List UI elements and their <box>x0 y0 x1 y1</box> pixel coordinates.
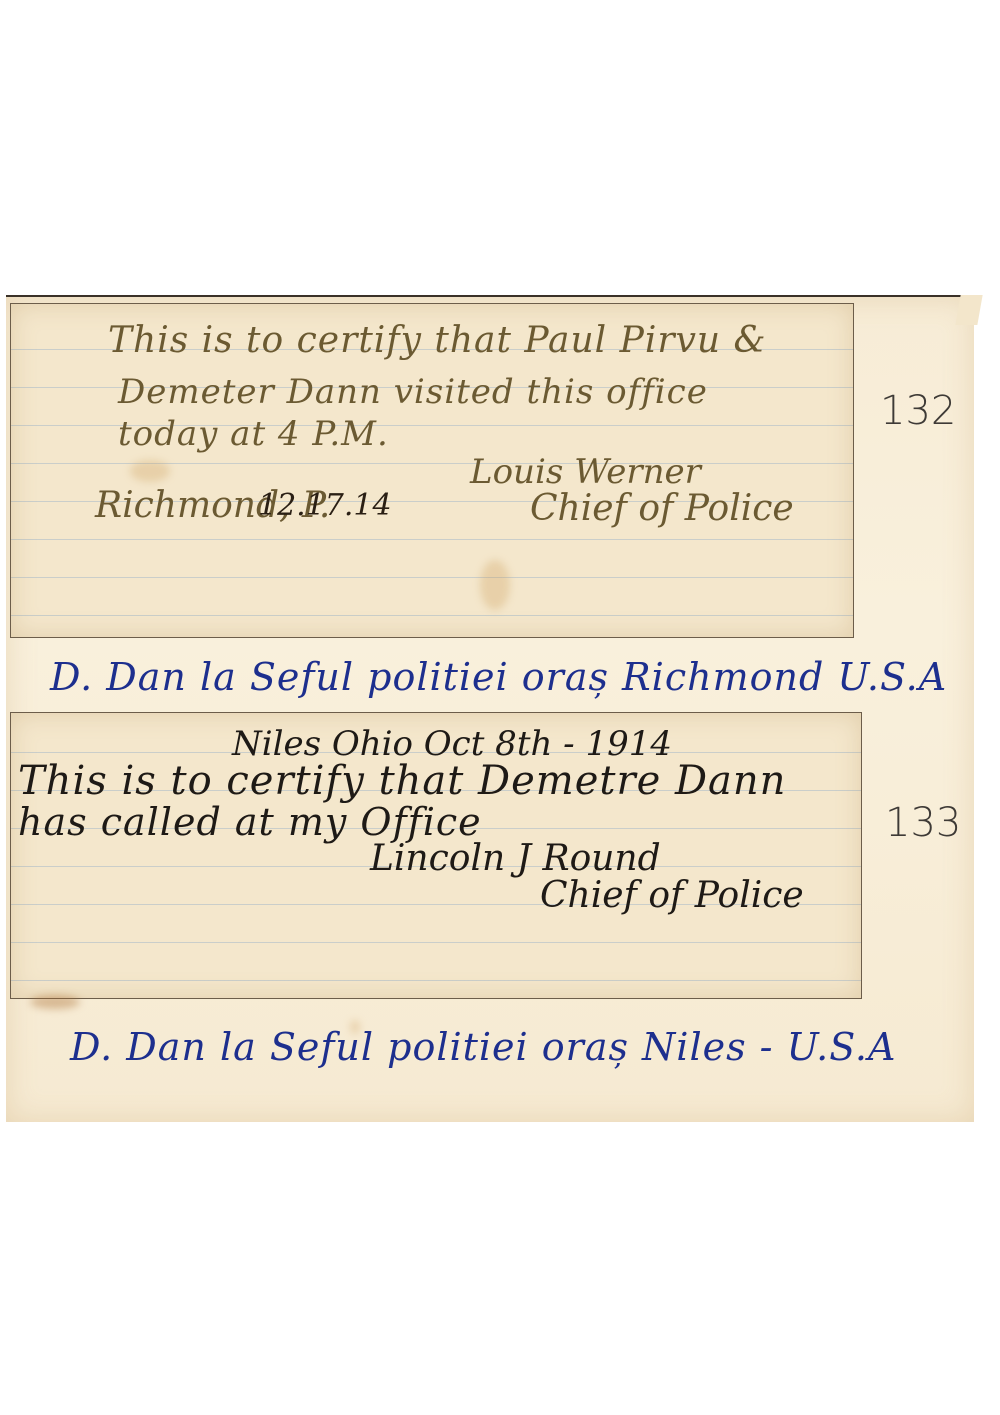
certificate-niles-line-1: This is to certify that Demetre Dann <box>18 758 786 804</box>
certificate-richmond-signer-title: Chief of Police <box>530 488 794 529</box>
certificate-niles-signature: Lincoln J Round <box>370 838 661 879</box>
certificate-richmond-line-2: Demeter Dann visited this office <box>118 372 708 412</box>
annotation-richmond: D. Dan la Seful politiei oraș Richmond U… <box>50 655 947 699</box>
stain-mark <box>30 995 80 1009</box>
page-number-132: 132 <box>880 388 956 434</box>
stain-mark <box>350 1020 360 1034</box>
page-number-133: 133 <box>885 800 961 846</box>
certificate-richmond-date: 12.17.14 <box>258 488 392 523</box>
certificate-richmond-signature: Louis Werner <box>470 452 701 492</box>
certificate-richmond-line-1: This is to certify that Paul Pirvu & <box>108 320 767 361</box>
certificate-niles-signer-title: Chief of Police <box>540 875 804 916</box>
stain-mark <box>480 560 510 610</box>
annotation-niles: D. Dan la Seful politiei oraș Niles - U.… <box>70 1025 896 1069</box>
date-text: 12.17.14 <box>258 488 392 523</box>
stain-mark <box>130 460 170 482</box>
certificate-richmond-line-3: today at 4 P.M. <box>118 414 389 454</box>
